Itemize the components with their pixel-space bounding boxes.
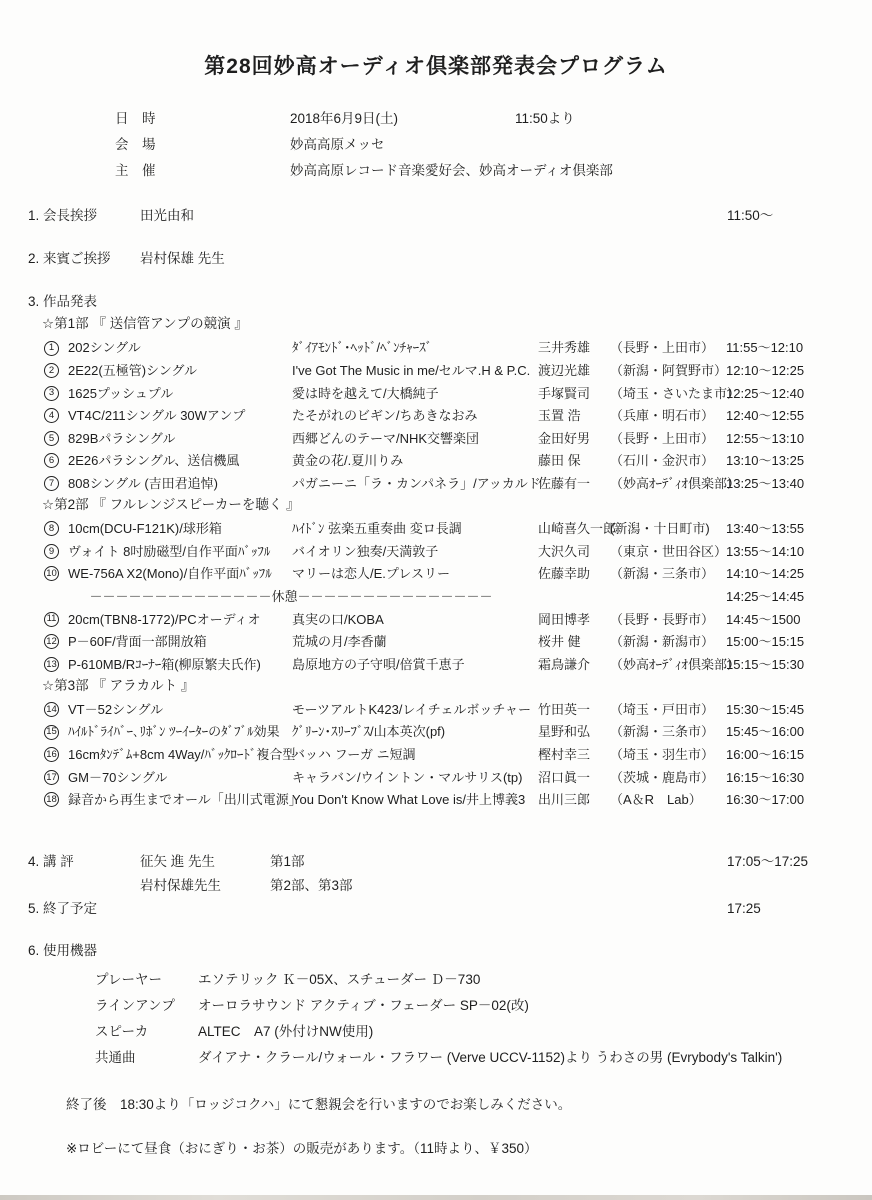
item-presenter: 玉置 浩 xyxy=(538,405,610,424)
item-time: 14:45～1500 xyxy=(726,609,866,628)
event-info: 日 時 2018年6月9日(土) 11:50より 会 場 妙高高原メッセ 主 催… xyxy=(115,106,872,184)
item-number: 4 xyxy=(44,408,59,423)
info-label: 主 催 xyxy=(115,158,290,184)
program-item-5: 5 829Bパラシングル 西郷どんのテーマ/NHK交響楽団 金田好男 （長野・上… xyxy=(44,426,866,449)
program-item-12: 12 P－60F/背面一部開放箱 荒城の月/李香蘭 桜井 健 （新潟・新潟市） … xyxy=(44,629,866,652)
section-guest-greeting: 2. 来賓ご挨拶 岩村保雄 先生 xyxy=(28,247,872,270)
section-label: 2. 来賓ご挨拶 xyxy=(28,247,140,270)
document-page: 第28回妙高オーディオ倶楽部発表会プログラム 日 時 2018年6月9日(土) … xyxy=(0,0,872,1200)
item-time: 16:15～16:30 xyxy=(726,767,866,786)
equipment-row-speaker: スピーカ ALTEC A7 (外付けNW使用) xyxy=(95,1019,872,1045)
item-time: 14:10～14:25 xyxy=(726,563,866,582)
equipment-row-label: ラインアンプ xyxy=(95,993,198,1019)
item-location: （埼玉・羽生市） xyxy=(610,744,726,763)
program-item-4: 4 VT4C/211シングル 30Wアンプ たそがれのビギン/ちあきなおみ 玉置… xyxy=(44,403,866,426)
item-equipment: VT4C/211シングル 30Wアンプ xyxy=(68,405,292,424)
item-location: （長野・上田市） xyxy=(610,337,726,356)
program-item-16: 16 16cmﾀﾝﾃﾞﾑ+8cm 4Way/ﾊﾞｯｸﾛｰﾄﾞ複合型 バッハ フー… xyxy=(44,742,866,765)
item-presenter: 佐藤幸助 xyxy=(538,563,610,582)
equipment-label: 6. 使用機器 xyxy=(28,939,872,959)
item-track: バッハ フーガ ニ短調 xyxy=(292,744,538,763)
item-location: （新潟・三条市） xyxy=(610,721,726,740)
item-equipment: ﾊｲﾙﾄﾞﾗｲﾊﾞｰ､ﾘﾎﾞﾝ ﾂｰｲｰﾀｰのﾀﾞﾌﾞﾙ効果 xyxy=(68,721,292,740)
item-number: 15 xyxy=(44,725,59,740)
note-lunch: ※ロビーにて昼食（おにぎり・お茶）の販売があります。（11時より、￥350） xyxy=(66,1137,872,1157)
item-location: （東京・世田谷区） xyxy=(610,541,726,560)
item-track: You Don't Know What Love is/井上博義3 xyxy=(292,789,538,808)
item-equipment: 808シングル (吉田君追悼) xyxy=(68,473,292,492)
item-location: （石川・金沢市） xyxy=(610,450,726,469)
item-number: 3 xyxy=(44,386,59,401)
item-equipment: ヴォイト 8吋励磁型/自作平面ﾊﾞｯﾌﾙ xyxy=(68,541,292,560)
item-number: 14 xyxy=(44,702,59,717)
item-time: 12:40～12:55 xyxy=(726,405,866,424)
item-presenter: 渡辺光雄 xyxy=(538,360,610,379)
item-location: （妙高ｵｰﾃﾞｨｵ倶楽部） xyxy=(610,473,726,492)
item-track: 黄金の花/.夏川りみ xyxy=(292,450,538,469)
item-time: 12:25～12:40 xyxy=(726,383,866,402)
item-time: 12:55～13:10 xyxy=(726,428,866,447)
info-extra: 11:50より xyxy=(515,106,872,132)
item-presenter: 霜鳥謙介 xyxy=(538,654,610,673)
item-presenter: 山崎喜久一郎 xyxy=(538,518,610,537)
item-number: 11 xyxy=(44,612,59,627)
section-label: 3. 作品発表 xyxy=(28,290,140,313)
info-label: 会 場 xyxy=(115,132,290,158)
equipment-row-value: ALTEC A7 (外付けNW使用) xyxy=(198,1019,872,1045)
item-track: キャラバン/ウイントン・マルサリス(tp) xyxy=(292,767,538,786)
program-item-18: 18 録音から再生までオール「出川式電源」 You Don't Know Wha… xyxy=(44,787,866,810)
equipment-row-label: スピーカ xyxy=(95,1019,198,1045)
item-location: （兵庫・明石市） xyxy=(610,405,726,424)
item-time: 16:00～16:15 xyxy=(726,744,866,763)
equipment-row-value: ダイアナ・クラール/ウォール・フラワー (Verve UCCV-1152)より … xyxy=(198,1045,872,1071)
item-time: 15:45～16:00 xyxy=(726,721,866,740)
info-value: 2018年6月9日(土) xyxy=(290,106,515,132)
item-time: 15:15～15:30 xyxy=(726,654,866,673)
item-location: （新潟・新潟市） xyxy=(610,631,726,650)
item-time: 13:10～13:25 xyxy=(726,450,866,469)
item-equipment: 録音から再生までオール「出川式電源」 xyxy=(68,789,292,808)
item-presenter: 出川三郎 xyxy=(538,789,610,808)
item-location: （新潟・阿賀野市） xyxy=(610,360,726,379)
item-presenter: 沼口眞一 xyxy=(538,767,610,786)
item-equipment: 1625プッシュプル xyxy=(68,383,292,402)
review-time: 17:05～17:25 xyxy=(727,850,872,874)
item-equipment: 20cm(TBN8-1772)/PCオーディオ xyxy=(68,609,292,628)
item-location: （長野・長野市） xyxy=(610,609,726,628)
item-location: （A＆R Lab） xyxy=(610,789,726,808)
program-item-3: 3 1625プッシュプル 愛は時を越えて/大橋純子 手塚賢司 （埼玉・さいたま市… xyxy=(44,381,866,404)
section-value: 岩村保雄 先生 xyxy=(140,247,727,270)
break-row: －－－－－－－－－－－－－－休憩－－－－－－－－－－－－－－－ 14:25～14… xyxy=(44,584,866,607)
item-number: 13 xyxy=(44,657,59,672)
item-number: 9 xyxy=(44,544,59,559)
item-track: パガニーニ「ラ・カンパネラ」/アッカルド xyxy=(292,473,538,492)
item-presenter: 三井秀雄 xyxy=(538,337,610,356)
section-value: 田光由和 xyxy=(140,204,727,227)
program-item-15: 15 ﾊｲﾙﾄﾞﾗｲﾊﾞｰ､ﾘﾎﾞﾝ ﾂｰｲｰﾀｰのﾀﾞﾌﾞﾙ効果 ｸﾞﾘｰﾝ･… xyxy=(44,720,866,743)
item-time: 12:10～12:25 xyxy=(726,360,866,379)
section-review: 4. 講 評 征矢 進 先生 第1部 17:05～17:25 岩村保雄先生 第2… xyxy=(28,850,872,897)
item-equipment: 829Bパラシングル xyxy=(68,428,292,447)
section-chairman-greeting: 1. 会長挨拶 田光由和 11:50～ xyxy=(28,204,872,227)
info-label: 日 時 xyxy=(115,106,290,132)
program-item-14: 14 VT－52シングル モーツアルトK423/レイチェルボッチャー 竹田英一 … xyxy=(44,697,866,720)
info-value: 妙高高原レコード音楽愛好会、妙高オーディオ倶楽部 xyxy=(290,158,515,184)
review-part: 第1部 xyxy=(270,850,727,874)
item-track: ﾊｲﾄﾞﾝ 弦楽五重奏曲 変ロ長調 xyxy=(292,518,538,537)
item-presenter: 藤田 保 xyxy=(538,450,610,469)
item-presenter: 佐藤有一 xyxy=(538,473,610,492)
item-track: I've Got The Music in me/セルマ.H & P.C. xyxy=(292,360,538,379)
info-row-datetime: 日 時 2018年6月9日(土) 11:50より xyxy=(115,106,872,132)
item-number: 1 xyxy=(44,341,59,356)
info-row-organizer: 主 催 妙高高原レコード音楽愛好会、妙高オーディオ倶楽部 xyxy=(115,158,872,184)
item-time: 16:30～17:00 xyxy=(726,789,866,808)
item-presenter: 桜井 健 xyxy=(538,631,610,650)
program-item-7: 7 808シングル (吉田君追悼) パガニーニ「ラ・カンパネラ」/アッカルド 佐… xyxy=(44,471,866,494)
equipment-row-label: プレーヤー xyxy=(95,967,198,993)
program-item-6: 6 2E26パラシングル、送信機風 黄金の花/.夏川りみ 藤田 保 （石川・金沢… xyxy=(44,449,866,472)
equipment-row-value: エソテリック Ｋ－05X、スチューダー Ｄ－730 xyxy=(198,967,872,993)
item-track: 島原地方の子守唄/倍賞千恵子 xyxy=(292,654,538,673)
closing-time: 17:25 xyxy=(727,897,872,921)
item-equipment: VT－52シングル xyxy=(68,699,292,718)
program-item-1: 1 202シングル ﾀﾞｲｱﾓﾝﾄﾞ･ﾍｯﾄﾞ/ﾍﾞﾝﾁｬｰｽﾞ 三井秀雄 （長… xyxy=(44,336,866,359)
item-time: 11:55～12:10 xyxy=(726,337,866,356)
item-location: （埼玉・さいたま市） xyxy=(610,383,726,402)
item-presenter: 星野和弘 xyxy=(538,721,610,740)
item-track: たそがれのビギン/ちあきなおみ xyxy=(292,405,538,424)
info-value: 妙高高原メッセ xyxy=(290,132,515,158)
page-title: 第28回妙高オーディオ倶楽部発表会プログラム xyxy=(0,50,872,80)
program-item-17: 17 GM－70シングル キャラバン/ウイントン・マルサリス(tp) 沼口眞一 … xyxy=(44,765,866,788)
item-equipment: 2E26パラシングル、送信機風 xyxy=(68,450,292,469)
item-presenter: 岡田博孝 xyxy=(538,609,610,628)
program-item-13: 13 P-610MB/Rｺｰﾅｰ箱(柳原繁夫氏作) 島原地方の子守唄/倍賞千恵子… xyxy=(44,652,866,675)
item-number: 5 xyxy=(44,431,59,446)
item-equipment: 16cmﾀﾝﾃﾞﾑ+8cm 4Way/ﾊﾞｯｸﾛｰﾄﾞ複合型 xyxy=(68,744,292,763)
note-afterparty: 終了後 18:30より「ロッジコクハ」にて懇親会を行いますのでお楽しみください。 xyxy=(66,1093,872,1113)
item-location: （長野・上田市） xyxy=(610,428,726,447)
equipment-row-label: 共通曲 xyxy=(95,1045,198,1071)
item-track: 真実の口/KOBA xyxy=(292,609,538,628)
section-closing: 5. 終了予定 17:25 xyxy=(28,897,872,921)
review-label: 4. 講 評 xyxy=(28,850,140,874)
item-track: 愛は時を越えて/大橋純子 xyxy=(292,383,538,402)
program-item-8: 8 10cm(DCU-F121K)/球形箱 ﾊｲﾄﾞﾝ 弦楽五重奏曲 変ロ長調 … xyxy=(44,516,866,539)
item-number: 2 xyxy=(44,363,59,378)
item-time: 13:55～14:10 xyxy=(726,541,866,560)
program-item-2: 2 2E22(五極管)シングル I've Got The Music in me… xyxy=(44,358,866,381)
review-name: 征矢 進 先生 xyxy=(140,850,270,874)
part2-heading: ☆第2部 『 フルレンジスピーカーを聴く 』 xyxy=(42,494,872,517)
item-number: 12 xyxy=(44,634,59,649)
equipment-row-player: プレーヤー エソテリック Ｋ－05X、スチューダー Ｄ－730 xyxy=(95,967,872,993)
item-track: モーツアルトK423/レイチェルボッチャー xyxy=(292,699,538,718)
item-presenter: 手塚賢司 xyxy=(538,383,610,402)
item-number: 8 xyxy=(44,521,59,536)
item-time: 15:30～15:45 xyxy=(726,699,866,718)
item-number: 6 xyxy=(44,453,59,468)
item-track: マリーは恋人/E.プレスリー xyxy=(292,563,538,582)
section-equipment: 6. 使用機器 プレーヤー エソテリック Ｋ－05X、スチューダー Ｄ－730 … xyxy=(28,939,872,1071)
closing-label: 5. 終了予定 xyxy=(28,897,727,921)
item-time: 13:25～13:40 xyxy=(726,473,866,492)
section-label: 1. 会長挨拶 xyxy=(28,204,140,227)
item-presenter: 大沢久司 xyxy=(538,541,610,560)
item-equipment: 2E22(五極管)シングル xyxy=(68,360,292,379)
part1-heading: ☆第1部 『 送信管アンプの競演 』 xyxy=(42,313,872,336)
break-time: 14:25～14:45 xyxy=(726,586,866,605)
item-track: バイオリン独奏/天満敦子 xyxy=(292,541,538,560)
item-presenter: 竹田英一 xyxy=(538,699,610,718)
item-track: ｸﾞﾘｰﾝ･ｽﾘｰﾌﾞｽ/山本英次(pf) xyxy=(292,721,538,740)
item-time: 13:40～13:55 xyxy=(726,518,866,537)
item-location: （埼玉・戸田市） xyxy=(610,699,726,718)
program-item-9: 9 ヴォイト 8吋励磁型/自作平面ﾊﾞｯﾌﾙ バイオリン独奏/天満敦子 大沢久司… xyxy=(44,539,866,562)
item-presenter: 金田好男 xyxy=(538,428,610,447)
item-number: 17 xyxy=(44,770,59,785)
item-track: 西郷どんのテーマ/NHK交響楽団 xyxy=(292,428,538,447)
item-location: （茨城・鹿島市） xyxy=(610,767,726,786)
break-label: －－－－－－－－－－－－－－休憩－－－－－－－－－－－－－－－ xyxy=(44,586,538,605)
equipment-row-lineamp: ラインアンプ オーロラサウンド アクティブ・フェーダー SP－02(改) xyxy=(95,993,872,1019)
review-part: 第2部、第3部 xyxy=(270,874,727,898)
item-number: 10 xyxy=(44,566,59,581)
info-extra xyxy=(515,132,872,158)
review-name: 岩村保雄先生 xyxy=(140,874,270,898)
part3-heading: ☆第3部 『 アラカルト 』 xyxy=(42,675,872,698)
item-equipment: 202シングル xyxy=(68,337,292,356)
info-extra xyxy=(515,158,872,184)
scan-edge-artifact xyxy=(0,1195,872,1200)
item-number: 16 xyxy=(44,747,59,762)
item-location: （新潟・三条市） xyxy=(610,563,726,582)
program-item-11: 11 20cm(TBN8-1772)/PCオーディオ 真実の口/KOBA 岡田博… xyxy=(44,607,866,630)
item-equipment: GM－70シングル xyxy=(68,767,292,786)
item-number: 7 xyxy=(44,476,59,491)
item-presenter: 樫村幸三 xyxy=(538,744,610,763)
equipment-row-value: オーロラサウンド アクティブ・フェーダー SP－02(改) xyxy=(198,993,872,1019)
item-equipment: P-610MB/Rｺｰﾅｰ箱(柳原繁夫氏作) xyxy=(68,654,292,673)
item-location: （妙高ｵｰﾃﾞｨｵ倶楽部） xyxy=(610,654,726,673)
item-track: 荒城の月/李香蘭 xyxy=(292,631,538,650)
program-item-10: 10 WE-756A X2(Mono)/自作平面ﾊﾞｯﾌﾙ マリーは恋人/E.プ… xyxy=(44,562,866,585)
info-row-venue: 会 場 妙高高原メッセ xyxy=(115,132,872,158)
section-presentations: 3. 作品発表 xyxy=(28,290,872,313)
equipment-row-common-track: 共通曲 ダイアナ・クラール/ウォール・フラワー (Verve UCCV-1152… xyxy=(95,1045,872,1071)
item-time: 15:00～15:15 xyxy=(726,631,866,650)
item-location: (新潟・十日町市) xyxy=(610,518,726,537)
item-equipment: P－60F/背面一部開放箱 xyxy=(68,631,292,650)
item-number: 18 xyxy=(44,792,59,807)
section-time: 11:50～ xyxy=(727,204,872,227)
item-track: ﾀﾞｲｱﾓﾝﾄﾞ･ﾍｯﾄﾞ/ﾍﾞﾝﾁｬｰｽﾞ xyxy=(292,337,538,356)
item-equipment: WE-756A X2(Mono)/自作平面ﾊﾞｯﾌﾙ xyxy=(68,563,292,582)
item-equipment: 10cm(DCU-F121K)/球形箱 xyxy=(68,518,292,537)
